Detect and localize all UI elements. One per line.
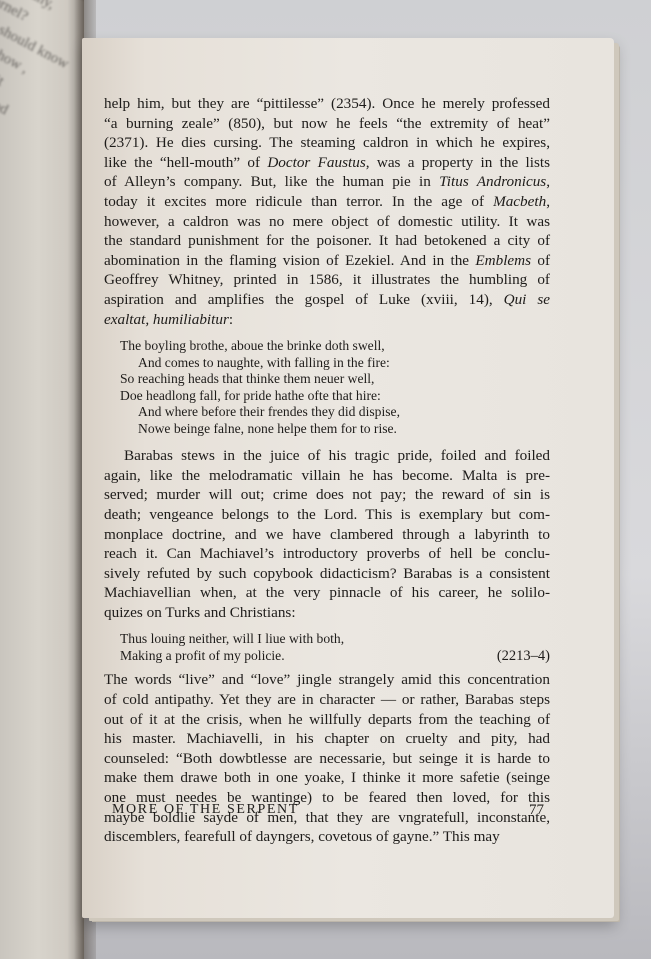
verse-line: And where before their frendes they did … bbox=[120, 404, 550, 421]
facing-page-text: s, Turks andvillany,ornel?who should kno… bbox=[0, 0, 84, 757]
text-line: quizes on Turks and Christians: bbox=[104, 603, 550, 623]
text-line: death; vengeance belongs to the Lord. Th… bbox=[104, 505, 550, 525]
text-line: out of it at the crisis, when he willful… bbox=[104, 710, 550, 730]
text-line: monplace doctrine, and we have clambered… bbox=[104, 525, 550, 545]
verse-quotation-barabas: Thus louing neither, will I liue with bo… bbox=[104, 631, 550, 664]
text-line: like the “hell-mouth” of Doctor Faustus,… bbox=[104, 153, 550, 173]
text-line: the standard punishment for the poisoner… bbox=[104, 231, 550, 251]
verse-line: And comes to naughte, with falling in th… bbox=[120, 355, 550, 372]
text-line: discemblers, fearefull of dayngers, cove… bbox=[104, 827, 550, 847]
text-line: however, a caldron was no mere object of… bbox=[104, 212, 550, 232]
text-line: Barabas stews in the juice of his tragic… bbox=[104, 446, 550, 466]
text-line: counseled: “Both dowbtlesse are necessar… bbox=[104, 749, 550, 769]
text-line: Machiavellian when, at the very pinnacle… bbox=[104, 583, 550, 603]
verse-line: So reaching heads that thinke them neuer… bbox=[120, 371, 550, 388]
text-line: Geoffrey Whitney, printed in 1586, it il… bbox=[104, 270, 550, 290]
text-line: aspiration and amplifies the gospel of L… bbox=[104, 290, 550, 310]
text-line: sively refuted by such copybook didactic… bbox=[104, 564, 550, 584]
paragraph-1: help him, but they are “pittilesse” (235… bbox=[104, 94, 550, 329]
verse-line: Doe headlong fall, for pride hathe ofte … bbox=[120, 388, 550, 405]
book-page: help him, but they are “pittilesse” (235… bbox=[82, 38, 614, 918]
text-line: (2371). He dies cursing. The steaming ca… bbox=[104, 133, 550, 153]
text-line: of Alleyn’s company. But, like the human… bbox=[104, 172, 550, 192]
line-citation: (2213–4) bbox=[497, 648, 550, 665]
paragraph-2: Barabas stews in the juice of his tragic… bbox=[104, 446, 550, 622]
text-line: “a burning zeale” (850), but now he feel… bbox=[104, 114, 550, 134]
page-footer: MORE OF THE SERPENT 77 bbox=[112, 802, 544, 819]
text-line: his master. Machiavelli, in his chapter … bbox=[104, 729, 550, 749]
text-line: The words “live” and “love” jingle stran… bbox=[104, 670, 550, 690]
verse-line: The boyling brothe, aboue the brinke dot… bbox=[120, 338, 550, 355]
verse-line: Thus louing neither, will I liue with bo… bbox=[120, 631, 344, 648]
page-body: help him, but they are “pittilesse” (235… bbox=[104, 94, 550, 847]
running-title: MORE OF THE SERPENT bbox=[112, 802, 299, 819]
text-line: again, like the melodramatic villain he … bbox=[104, 466, 550, 486]
text-line: exaltat, humiliabitur: bbox=[104, 310, 550, 330]
page-number: 77 bbox=[529, 802, 544, 819]
paragraph-3: The words “live” and “love” jingle stran… bbox=[104, 670, 550, 846]
text-line: of cold antipathy. Yet they are in chara… bbox=[104, 690, 550, 710]
text-line: help him, but they are “pittilesse” (235… bbox=[104, 94, 550, 114]
facing-page: s, Turks andvillany,ornel?who should kno… bbox=[0, 0, 84, 959]
text-line: today it excites more ridicule than terr… bbox=[104, 192, 550, 212]
verse-line: Making a profit of my policie. bbox=[120, 648, 285, 665]
text-line: make them drawe both in one yoake, I thi… bbox=[104, 768, 550, 788]
text-line: abomination in the flaming vision of Eze… bbox=[104, 251, 550, 271]
text-line: reach it. Can Machiavel’s introductory p… bbox=[104, 544, 550, 564]
verse-quotation-whitney: The boyling brothe, aboue the brinke dot… bbox=[104, 338, 550, 437]
text-line: served; murder will out; crime does not … bbox=[104, 485, 550, 505]
verse-line: Nowe beinge falne, none helpe them for t… bbox=[120, 421, 550, 438]
